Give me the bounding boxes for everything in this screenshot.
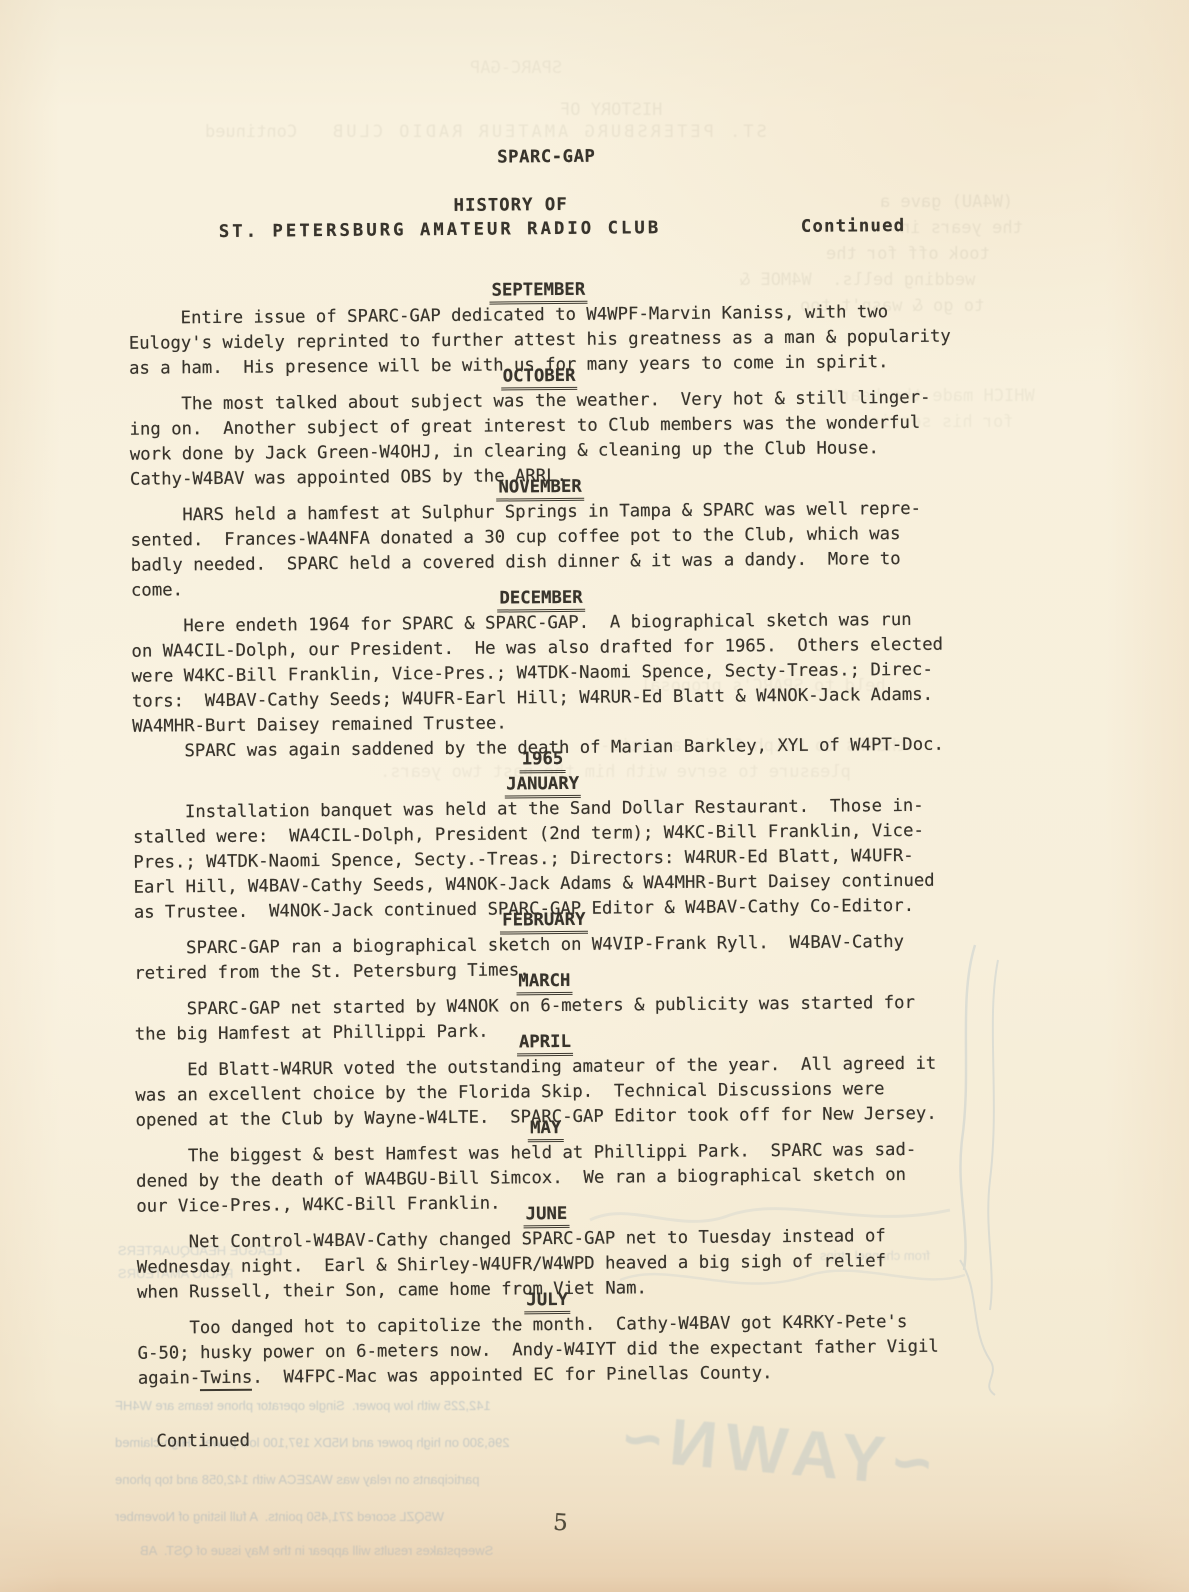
page-number: 5 — [552, 1510, 568, 1537]
scanned-page: SPARC-GAPHISTORY OFST. PETERSBURG AMATEU… — [0, 0, 1189, 1592]
footer-continued-label: Continued — [156, 1431, 250, 1452]
sections: SEPTEMBER Entire issue of SPARC-GAP dedi… — [128, 274, 1018, 1392]
typewritten-content: SPARC-GAP HISTORY OF ST. PETERSBURG AMAT… — [0, 0, 1189, 1592]
masthead: SPARC-GAP — [497, 147, 595, 168]
doc-title-line2: ST. PETERSBURG AMATEUR RADIO CLUB — [219, 218, 662, 242]
doc-title-line1: HISTORY OF — [454, 195, 568, 216]
header-continued-label: Continued — [801, 216, 906, 237]
